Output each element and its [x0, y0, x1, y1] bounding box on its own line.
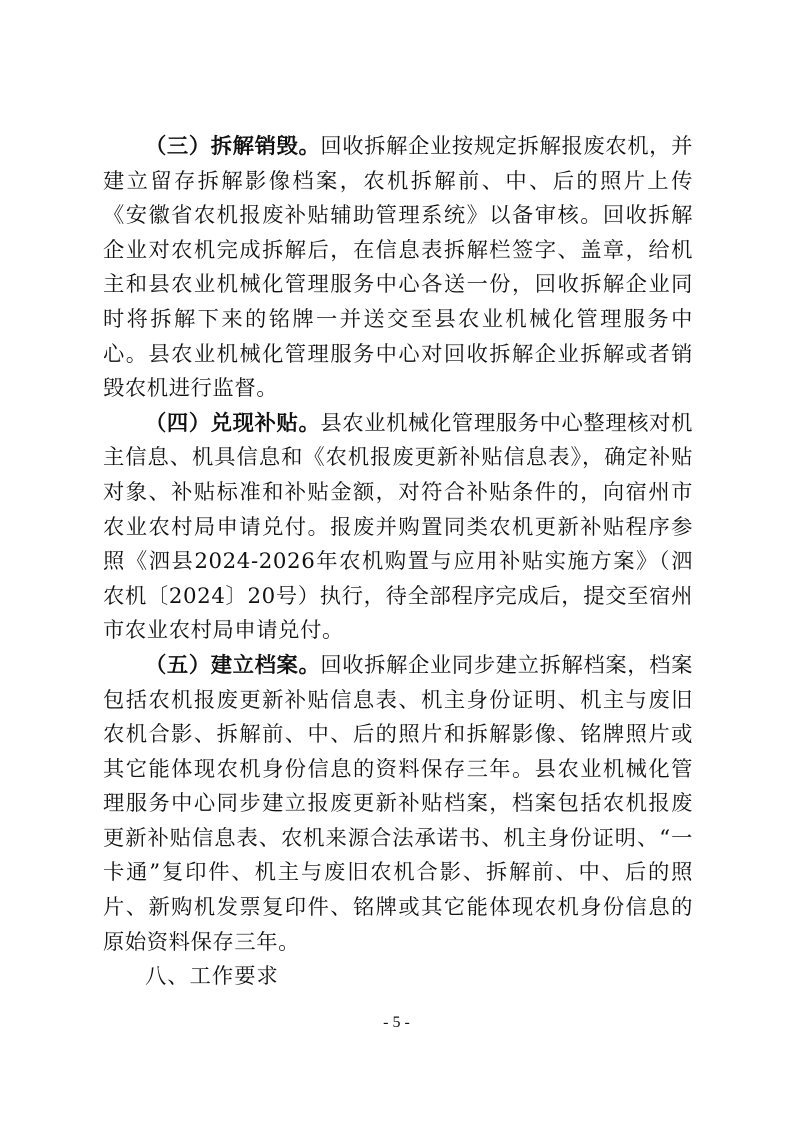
section-body: 县农业机械化管理服务中心整理核对机主信息、机具信息和《农机报废更新补贴信息表》，… [103, 411, 693, 644]
document-page: （三）拆解销毁。回收拆解企业按规定拆解报废农机，并建立留存拆解影像档案，农机拆解… [103, 130, 693, 995]
section-title: （五）建立档案。 [145, 653, 320, 678]
section-archive: （五）建立档案。回收拆解企业同步建立拆解档案，档案包括农机报废更新补贴信息表、机… [103, 649, 693, 960]
section-subsidy-payment: （四）兑现补贴。县农业机械化管理服务中心整理核对机主信息、机具信息和《农机报废更… [103, 407, 693, 649]
page-number: - 5 - [0, 1014, 793, 1032]
section-title: （三）拆解销毁。 [145, 134, 320, 159]
section-dismantle-destroy: （三）拆解销毁。回收拆解企业按规定拆解报废农机，并建立留存拆解影像档案，农机拆解… [103, 130, 693, 407]
section-body: 回收拆解企业同步建立拆解档案，档案包括农机报废更新补贴信息表、机主身份证明、机主… [103, 653, 693, 955]
section-title: （四）兑现补贴。 [145, 411, 320, 436]
section-heading-work-requirements: 八、工作要求 [103, 960, 693, 995]
section-body: 回收拆解企业按规定拆解报废农机，并建立留存拆解影像档案，农机拆解前、中、后的照片… [103, 134, 693, 401]
